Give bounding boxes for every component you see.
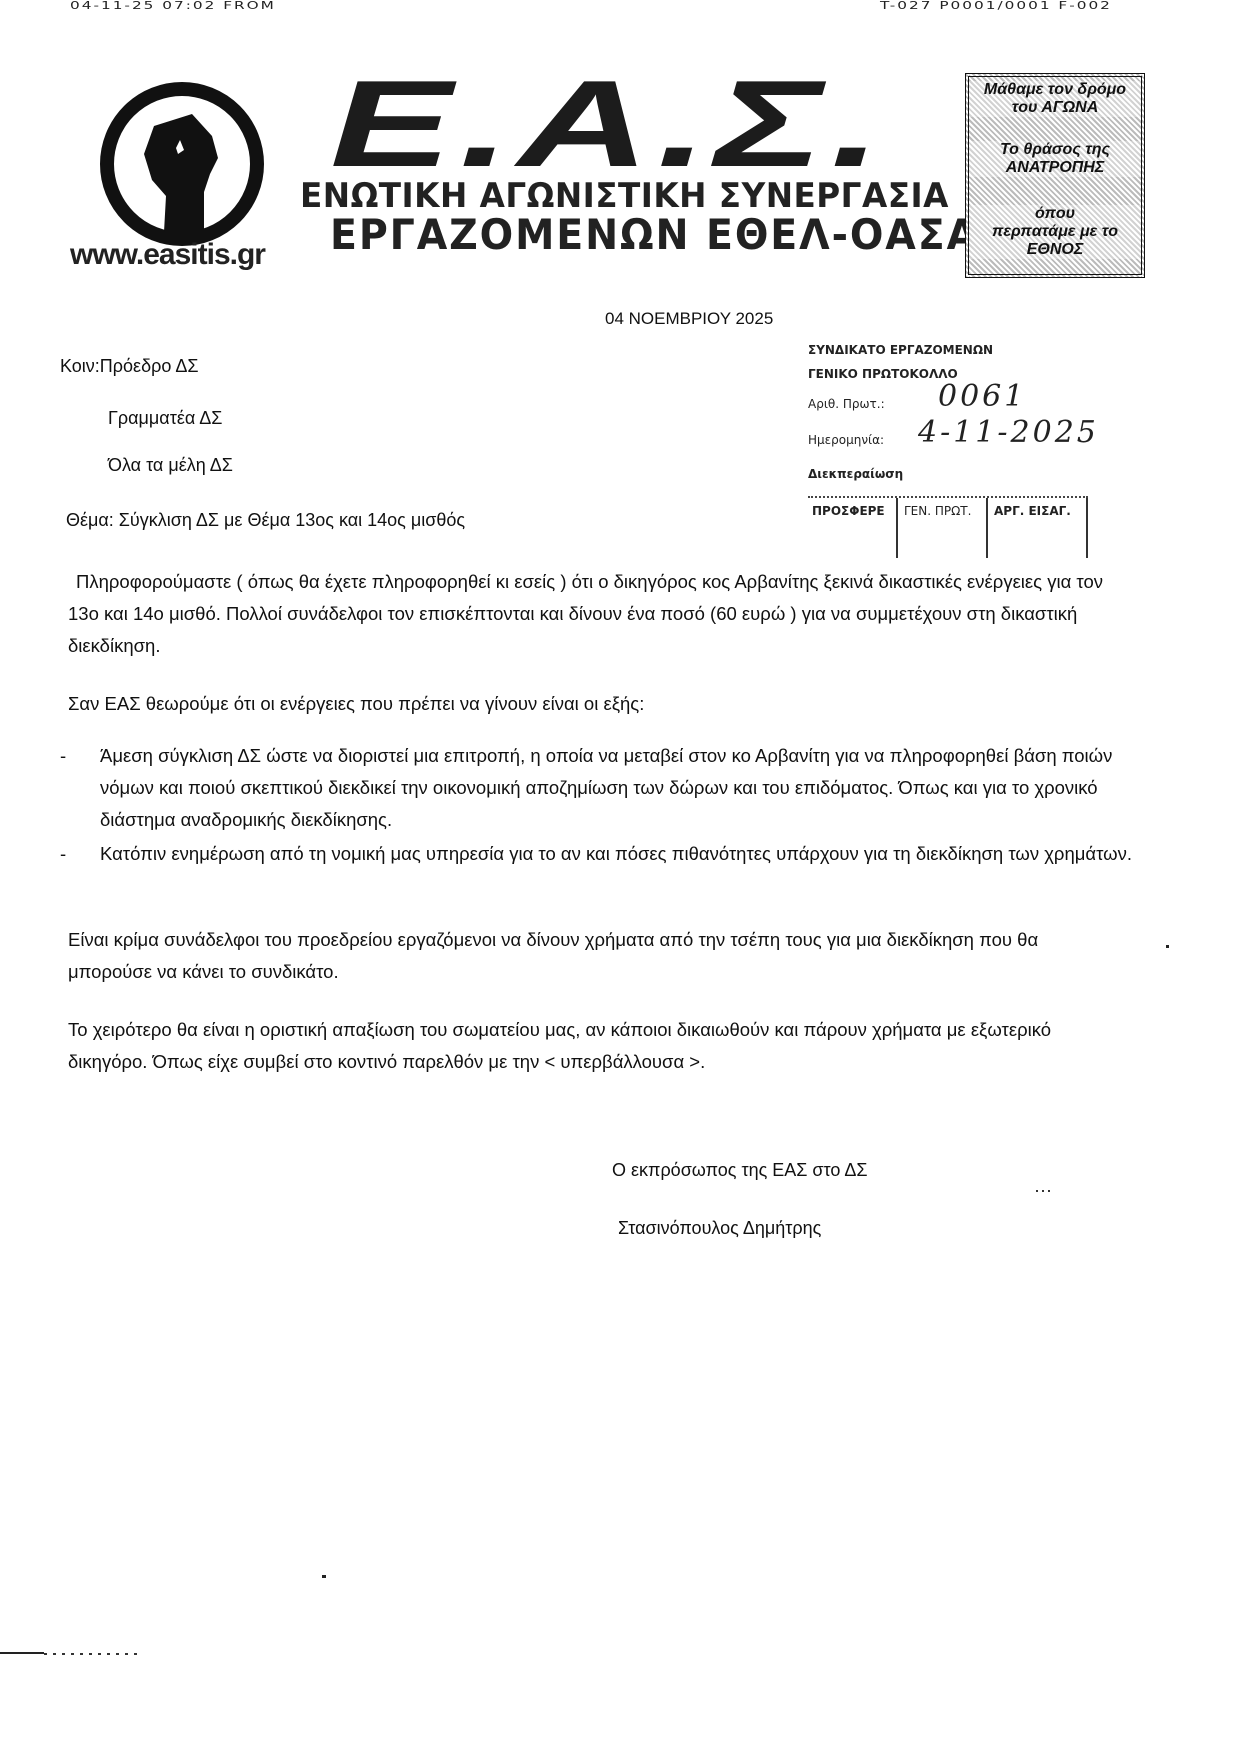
letter-date: 04 ΝΟΕΜΒΡΙΟΥ 2025 [605,309,773,329]
stamp-date-value: 4-11-2025 [918,415,1099,450]
stamp-protocol-number: 0061 [938,379,1026,414]
paragraph-concern: Είναι κρίμα συνάδελφοι του προεδρείου ερ… [68,924,1108,988]
signature-name: Στασινόπουλος Δημήτρης [618,1218,821,1239]
recipient-president: Κοιν:Πρόεδρο ΔΣ [60,356,199,377]
stamp-protocol-label: Αριθ. Πρωτ.: [808,397,885,411]
slogan-line: όπου [969,205,1141,223]
fax-header-right: T-027 P0001/0001 F-002 [880,0,1112,12]
stamp-col2: ΓΕΝ. ΠΡΩΤ. [904,504,971,518]
stamp-union: ΣΥΝΔΙΚΑΤΟ ΕΡΓΑΖΟΜΕΝΩΝ [808,343,993,357]
stamp-col3: ΑΡΓ. ΕΙΣΑΓ. [994,504,1071,518]
logo-emblem [100,82,264,246]
stamp-registry: ΓΕΝΙΚΟ ΠΡΩΤΟΚΟΛΛΟ [808,367,958,381]
org-name-line2: ΕΡΓΑΖΟΜΕΝΩΝ ΕΘΕΛ-ΟΑΣΑ [330,210,979,259]
paragraph-actions-intro: Σαν ΕΑΣ θεωρούμε ότι οι ενέργειες που πρ… [68,688,1128,720]
paragraph-intro: Πληροφορούμαστε ( όπως θα έχετε πληροφορ… [68,566,1128,662]
slogan-line: ΕΘΝΟΣ [969,241,1141,259]
action-item-text: Άμεση σύγκλιση ΔΣ ώστε να διοριστεί μια … [100,740,1140,836]
bullet-dash: - [60,740,66,772]
action-item-text: Κατόπιν ενημέρωση από τη νομική μας υπηρ… [100,838,1140,870]
raised-fist-icon [114,96,250,232]
action-item: - Κατόπιν ενημέρωση από τη νομική μας υπ… [60,838,1140,908]
stamp-date-label: Ημερομηνία: [808,433,884,447]
stamp-col1: ΠΡΟΣΦΕΡΕ [812,504,885,518]
protocol-stamp: ΣΥΝΔΙΚΑΤΟ ΕΡΓΑΖΟΜΕΝΩΝ ΓΕΝΙΚΟ ΠΡΩΤΟΚΟΛΛΟ … [808,343,1098,561]
scan-speck [1036,1190,1050,1192]
slogan-line: του ΑΓΩΝΑ [969,99,1141,117]
website-link[interactable]: www.easitis.gr [70,238,265,272]
recipient-members: Όλα τα μέλη ΔΣ [108,455,233,476]
stamp-dispatch: Διεκπεραίωση [808,467,903,481]
subject-line: Θέμα: Σύγκλιση ΔΣ με Θέμα 13ος και 14ος … [66,510,465,531]
slogan-line: ΑΝΑΤΡΟΠΗΣ [969,159,1141,177]
scan-speck [1166,945,1169,948]
fax-header-left: 04-11-25 07:02 FROM [70,0,276,12]
recipient-secretary: Γραμματέα ΔΣ [108,408,222,429]
slogan-box: Μάθαμε τον δρόμο του ΑΓΩΝΑ Το θράσος της… [965,73,1145,278]
bullet-dash: - [60,838,66,870]
signature-title: Ο εκπρόσωπος της ΕΑΣ στο ΔΣ [612,1160,868,1181]
paragraph-warning: Το χειρότερο θα είναι η οριστική απαξίωσ… [68,1014,1118,1078]
slogan-line: Μάθαμε τον δρόμο [969,81,1141,99]
stamp-grid: ΠΡΟΣΦΕΡΕ ΓΕΝ. ΠΡΩΤ. ΑΡΓ. ΕΙΣΑΓ. [808,496,1088,558]
slogan-line: Το θράσος της [969,141,1141,159]
scan-speck [322,1575,326,1578]
scan-line [44,1653,140,1655]
scan-line [0,1652,44,1654]
org-acronym: Ε.Α.Σ. [330,70,889,177]
slogan-line: περπατάμε με το [969,223,1141,241]
action-item: - Άμεση σύγκλιση ΔΣ ώστε να διοριστεί μι… [60,740,1140,840]
